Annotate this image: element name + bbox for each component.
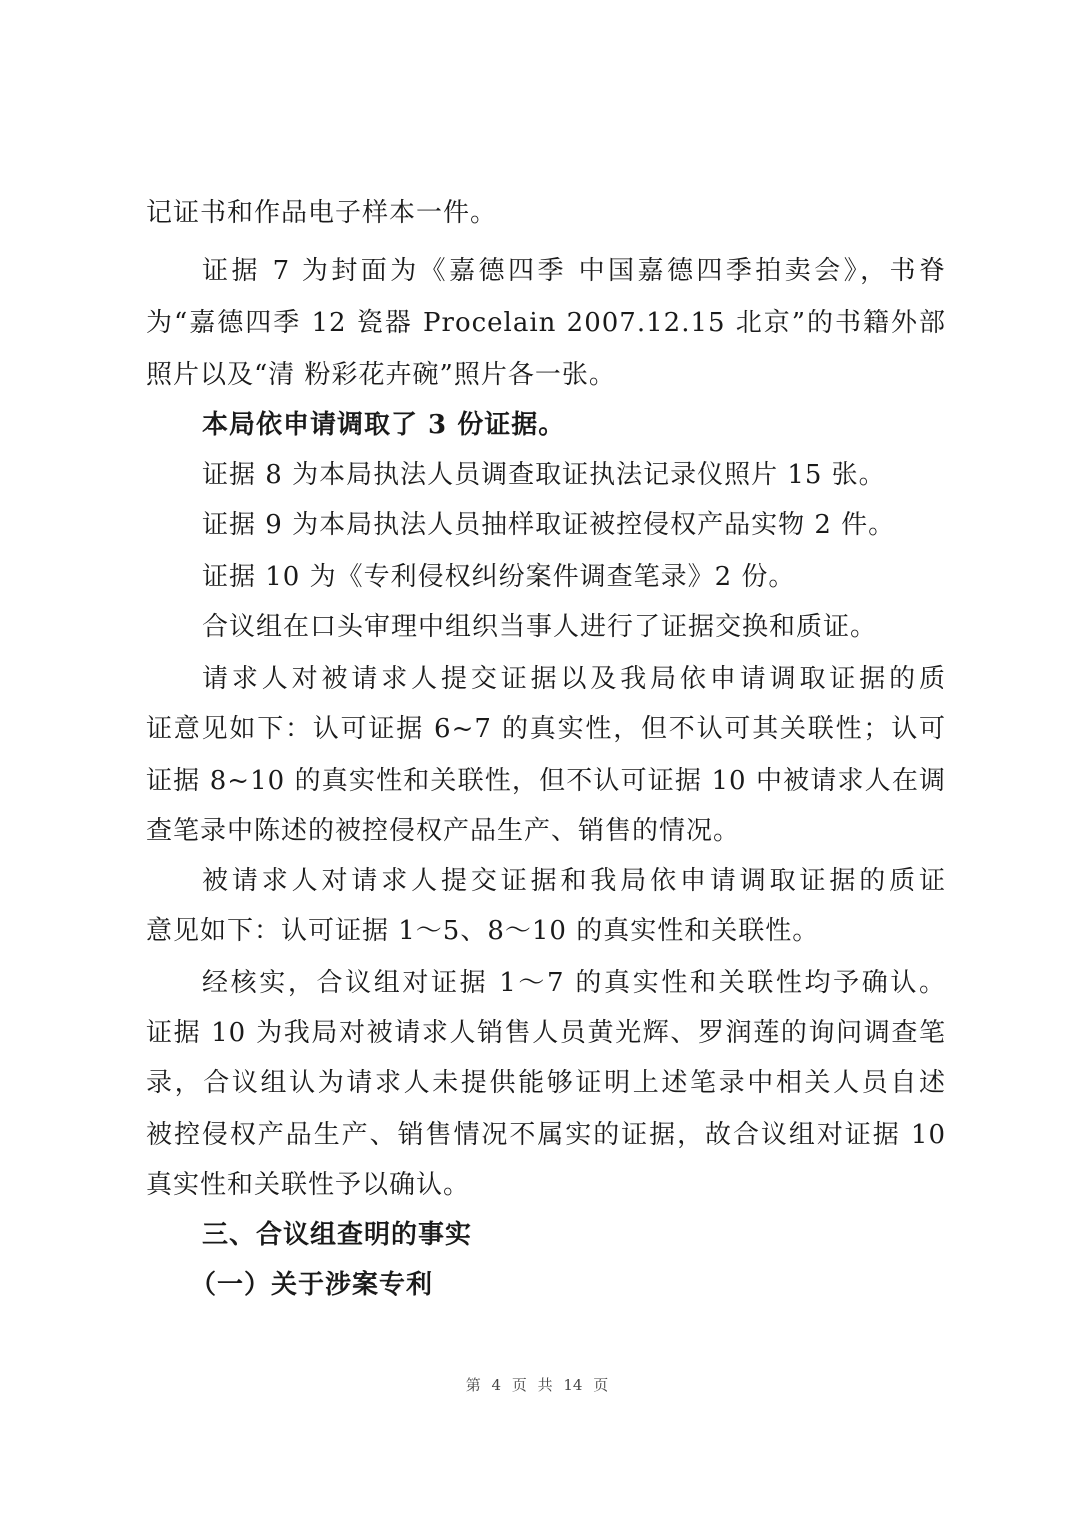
document-page: 记证书和作品电子样本一件。 证据 7 为封面为《嘉德四季 中国嘉德四季拍卖会》，…: [0, 0, 1074, 1520]
paragraph-line: 证据 9 为本局执法人员抽样取证被控侵权产品实物 2 件。: [202, 510, 946, 540]
paragraph-line: 录，合议组认为请求人未提供能够证明上述笔录中相关人员自述: [146, 1068, 946, 1098]
paragraph-line: 合议组在口头审理中组织当事人进行了证据交换和质证。: [202, 612, 946, 642]
paragraph-line: 为“嘉德四季 12 瓷器 Procelain 2007.12.15 北京”的书籍…: [146, 308, 946, 338]
paragraph-line: 被请求人对请求人提交证据和我局依申请调取证据的质证: [202, 866, 946, 896]
section-subheading: 本局依申请调取了 3 份证据。: [202, 410, 946, 440]
page-number-footer: 第 4 页 共 14 页: [0, 1374, 1074, 1395]
paragraph-line: 真实性和关联性予以确认。: [146, 1170, 946, 1200]
section-heading: 三、合议组查明的事实: [202, 1220, 946, 1250]
paragraph-line: 证据 10 为《专利侵权纠纷案件调查笔录》2 份。: [202, 562, 946, 592]
paragraph-line: 记证书和作品电子样本一件。: [146, 198, 946, 228]
paragraph-line: 查笔录中陈述的被控侵权产品生产、销售的情况。: [146, 816, 946, 846]
paragraph-line: 证据 7 为封面为《嘉德四季 中国嘉德四季拍卖会》，书脊: [202, 256, 946, 286]
paragraph-line: 证据 10 为我局对被请求人销售人员黄光辉、罗润莲的询问调查笔: [146, 1018, 946, 1048]
paragraph-line: 证意见如下：认可证据 6~7 的真实性，但不认可其关联性；认可: [146, 714, 946, 744]
paragraph-line: 意见如下：认可证据 1～5、8～10 的真实性和关联性。: [146, 916, 946, 946]
paragraph-line: 证据 8 为本局执法人员调查取证执法记录仪照片 15 张。: [202, 460, 946, 490]
paragraph-line: 经核实，合议组对证据 1～7 的真实性和关联性均予确认。: [202, 968, 946, 998]
paragraph-line: 被控侵权产品生产、销售情况不属实的证据，故合议组对证据 10: [146, 1120, 946, 1150]
subsection-heading: （一）关于涉案专利: [190, 1270, 934, 1300]
paragraph-line: 请求人对被请求人提交证据以及我局依申请调取证据的质: [202, 664, 946, 694]
paragraph-line: 照片以及“清 粉彩花卉碗”照片各一张。: [146, 360, 946, 390]
paragraph-line: 证据 8~10 的真实性和关联性，但不认可证据 10 中被请求人在调: [146, 766, 946, 796]
